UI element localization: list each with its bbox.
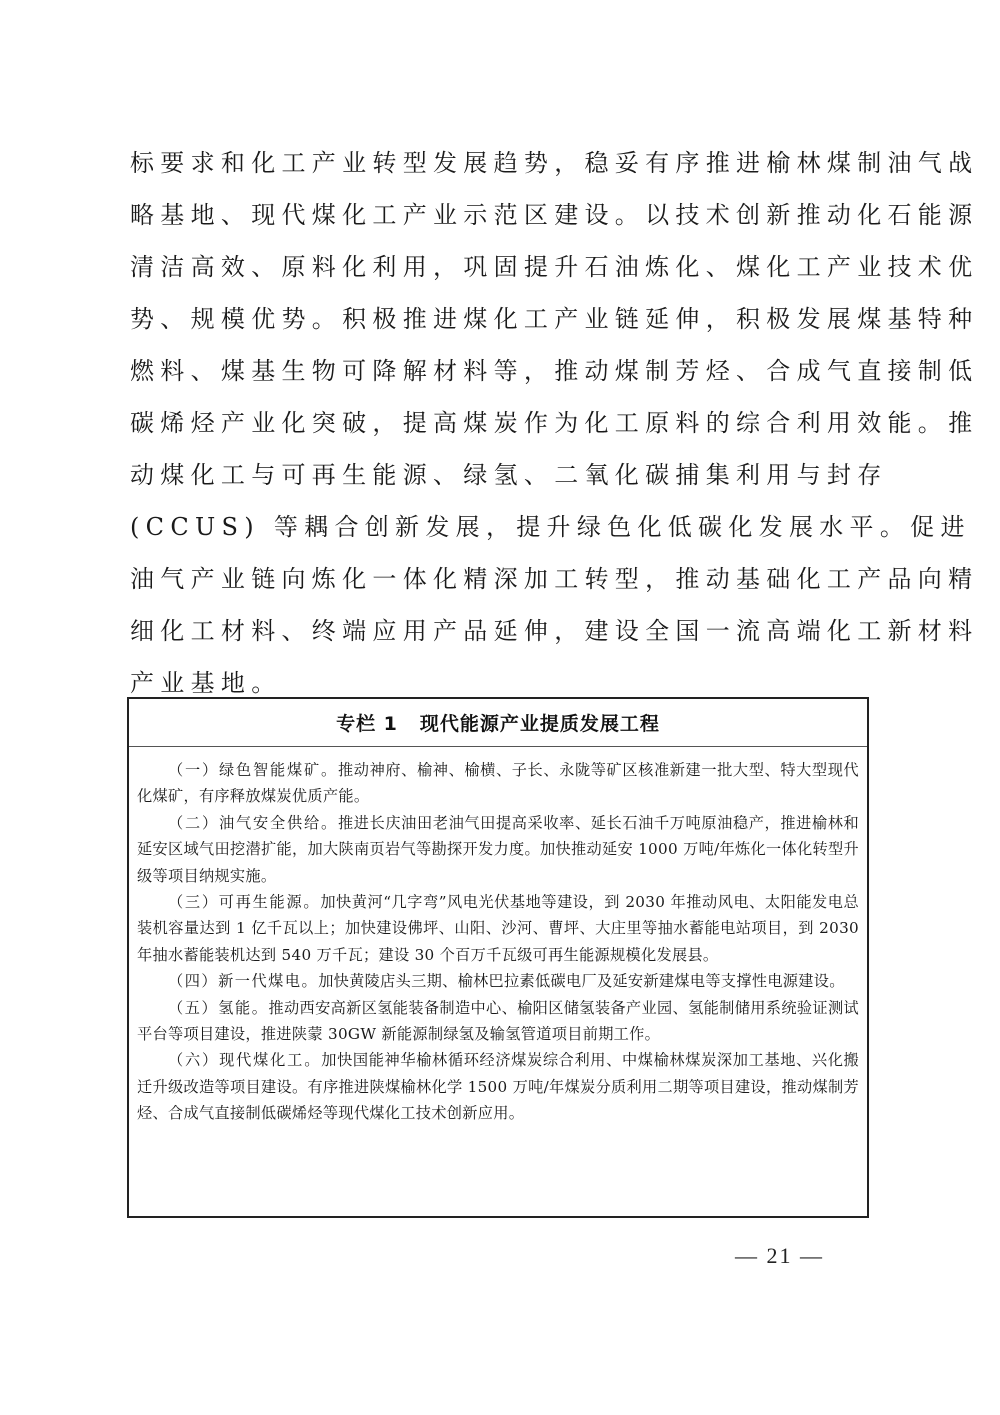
page-number: — 21 —	[735, 1243, 824, 1269]
column-item: （六）现代煤化工。加快国能神华榆林循环经济煤炭综合利用、中煤榆林煤炭深加工基地、…	[137, 1047, 859, 1126]
column-box-body: （一）绿色智能煤矿。推动神府、榆神、榆横、子长、永陇等矿区核准新建一批大型、特大…	[129, 747, 867, 1127]
column-item-head: （一）绿色智能煤矿。	[168, 761, 338, 779]
body-line: 势、规模优势。积极推进煤化工产业链延伸，积极发展煤基特种	[130, 296, 872, 348]
column-item: （五）氢能。推动西安高新区氢能装备制造中心、榆阳区储氢装备产业园、氢能制储用系统…	[137, 995, 859, 1048]
column-item: （二）油气安全供给。推进长庆油田老油气田提高采收率、延长石油千万吨原油稳产，推进…	[137, 810, 859, 889]
column-box-title: 专栏 1 现代能源产业提质发展工程	[129, 699, 867, 747]
body-paragraph: 标要求和化工产业转型发展趋势，稳妥有序推进榆林煤制油气战 略基地、现代煤化工产业…	[130, 140, 872, 712]
column-box-number: 专栏 1	[336, 709, 398, 736]
body-line: 细化工材料、终端应用产品延伸，建设全国一流高端化工新材料	[130, 608, 872, 660]
body-line: 标要求和化工产业转型发展趋势，稳妥有序推进榆林煤制油气战	[130, 140, 872, 192]
body-line: 动煤化工与可再生能源、绿氢、二氧化碳捕集利用与封存	[130, 452, 872, 504]
column-item-head: （二）油气安全供给。	[168, 814, 338, 832]
column-item-text: 加快黄陵店头三期、榆林巴拉素低碳电厂及延安新建煤电等支撑性电源建设。	[318, 972, 845, 990]
column-item: （四）新一代煤电。加快黄陵店头三期、榆林巴拉素低碳电厂及延安新建煤电等支撑性电源…	[137, 968, 859, 994]
body-line: (CCUS) 等耦合创新发展，提升绿色化低碳化发展水平。促进	[130, 504, 872, 556]
column-box-heading: 现代能源产业提质发展工程	[420, 709, 660, 736]
column-item-head: （五）氢能。	[168, 999, 268, 1017]
column-box: 专栏 1 现代能源产业提质发展工程 （一）绿色智能煤矿。推动神府、榆神、榆横、子…	[127, 697, 869, 1218]
body-line: 燃料、煤基生物可降解材料等，推动煤制芳烃、合成气直接制低	[130, 348, 872, 400]
column-item: （一）绿色智能煤矿。推动神府、榆神、榆横、子长、永陇等矿区核准新建一批大型、特大…	[137, 757, 859, 810]
column-item-head: （四）新一代煤电。	[168, 972, 318, 990]
column-item-head: （三）可再生能源。	[168, 893, 320, 911]
body-line: 碳烯烃产业化突破，提高煤炭作为化工原料的综合利用效能。推	[130, 400, 872, 452]
column-item-head: （六）现代煤化工。	[168, 1051, 321, 1069]
body-line: 略基地、现代煤化工产业示范区建设。以技术创新推动化石能源	[130, 192, 872, 244]
column-item: （三）可再生能源。加快黄河“几字弯”风电光伏基地等建设，到 2030 年推动风电…	[137, 889, 859, 968]
body-line: 清洁高效、原料化利用，巩固提升石油炼化、煤化工产业技术优	[130, 244, 872, 296]
body-line: 油气产业链向炼化一体化精深加工转型，推动基础化工产品向精	[130, 556, 872, 608]
